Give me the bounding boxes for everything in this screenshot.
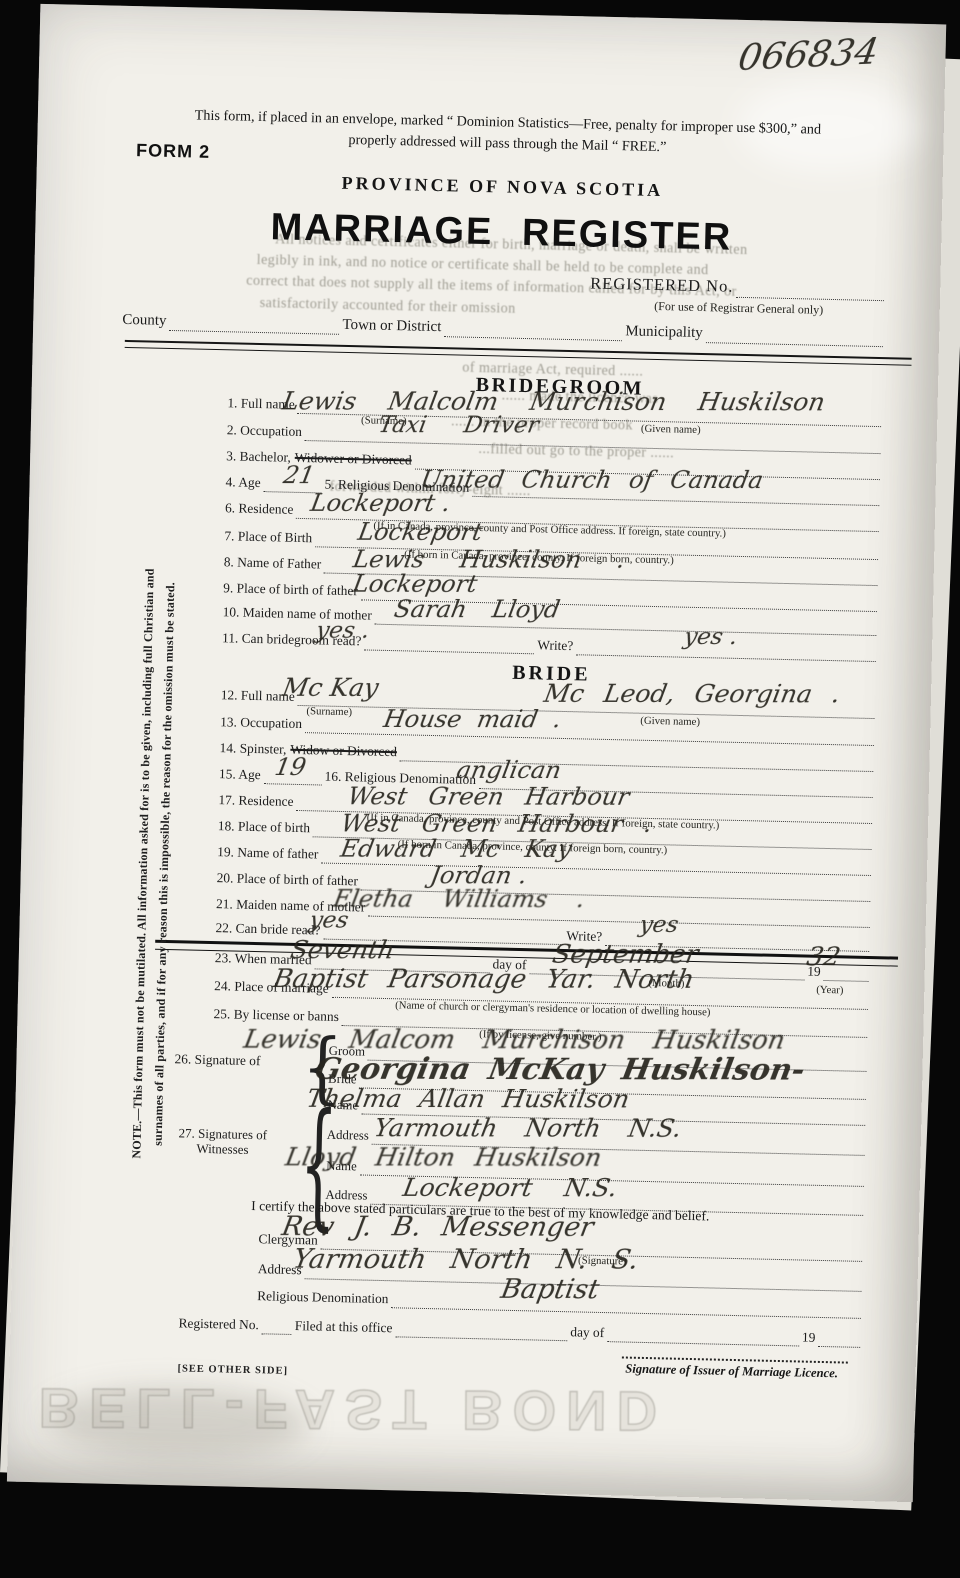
handwritten-bride-father: Edward Mc Kay xyxy=(338,834,573,862)
field-label-residence: 17. Residence xyxy=(218,792,293,811)
handwritten-bride-age: 19 xyxy=(273,753,309,781)
registration-number: 066834 xyxy=(735,32,881,79)
handwritten-place-of-marriage: Baptist Parsonage Yar. North xyxy=(271,964,697,995)
handwritten-bride-writes: yes xyxy=(637,912,680,938)
dotted-line xyxy=(736,285,884,301)
field-label-residence: 6. Residence xyxy=(225,500,294,519)
clergyman-address: Yarmouth North N. S. xyxy=(291,1244,641,1276)
witness-label-line1: 27. Signatures of xyxy=(163,1125,283,1143)
field-label-father: 19. Name of father xyxy=(217,844,319,863)
town-district-label: Town or District xyxy=(342,317,441,337)
paper-sheet: All notices and certificates either for … xyxy=(7,4,946,1502)
year-printed: 19 xyxy=(802,1330,816,1347)
field-label-witness-signatures: 27. Signatures of Witnesses xyxy=(162,1125,283,1158)
field-label-birthplace: 7. Place of Birth xyxy=(224,528,312,547)
religious-denomination-label: Religious Denomination xyxy=(257,1288,389,1308)
witness-label-line2: Witnesses xyxy=(162,1140,282,1158)
field-label-father: 8. Name of Father xyxy=(224,554,322,573)
day-of-label: day of xyxy=(570,1324,604,1342)
field-label-age: 4. Age xyxy=(225,474,260,492)
field-label-occupation: 13. Occupation xyxy=(220,714,302,733)
handwritten-bride-birthplace: West Green Harbour . xyxy=(339,809,654,837)
handwritten-groom-religion: United Church of Canada xyxy=(419,465,766,494)
witness1-address: Yarmouth North N.S. xyxy=(372,1113,684,1142)
bleedthrough-line: satisfactorily accounted for their omiss… xyxy=(260,295,516,318)
registered-no-footer-label: Registered No. xyxy=(178,1315,259,1334)
bride-signature: Georgina McKay Huskilson- xyxy=(312,1052,807,1088)
handwritten-groom-mother: Sarah Lloyd xyxy=(392,595,562,623)
dotted-line xyxy=(706,330,884,347)
field-label-age: 15. Age xyxy=(219,766,261,784)
handwritten-marriage-year: 32 xyxy=(804,942,843,972)
dotted-line xyxy=(607,1329,799,1346)
clergyman-signature: Rev J. B. Messenger xyxy=(279,1211,596,1242)
handwritten-bride-reads: yes xyxy=(307,908,350,934)
registered-no-caption: (For use of Registrar General only) xyxy=(594,298,884,320)
registered-no-label: REGISTERED No. xyxy=(590,273,734,297)
handwritten-groom-reads: yes . xyxy=(314,618,372,644)
handwritten-groom-residence: Lockeport . xyxy=(308,489,452,517)
handwritten-bride-surname: Mc Kay xyxy=(280,673,381,702)
province-heading: PROVINCE OF NOVA SCOTIA xyxy=(152,169,852,206)
handwritten-bride-given-name: Mc Leod, Georgina . xyxy=(542,679,843,708)
dotted-line xyxy=(262,1321,292,1335)
margin-note: NOTE.—This form must not be mutilated. A… xyxy=(126,534,183,1193)
handwritten-bride-mother: Eletha Williams . xyxy=(331,884,587,912)
dotted-line xyxy=(169,318,339,335)
handwritten-bride-religion: anglican xyxy=(455,756,564,784)
filed-at-office-label: Filed at this office xyxy=(295,1318,393,1337)
witness2-address: Lockeport N.S. xyxy=(401,1173,620,1202)
dotted-line xyxy=(395,1324,567,1341)
field-label-occupation: 2. Occupation xyxy=(227,422,302,441)
dotted-line xyxy=(391,1295,861,1319)
dotted-line xyxy=(364,637,534,654)
scanned-marriage-register: All notices and certificates either for … xyxy=(0,0,960,1578)
county-label: County xyxy=(122,312,167,331)
dotted-line xyxy=(444,324,622,341)
form-number-label: FORM 2 xyxy=(136,140,210,163)
handwritten-groom-writes: yes . xyxy=(682,624,740,650)
field-label-father-birthplace: 9. Place of birth of father xyxy=(223,580,358,600)
witness2-name: Lloyd Hilton Huskilson xyxy=(283,1142,604,1171)
paper-watermark: BELL-FAST BOND xyxy=(38,1376,667,1444)
handwritten-groom-father-birthplace: Lockeport xyxy=(351,570,480,598)
write-label: Write? xyxy=(537,637,573,655)
field-label-bachelor: 3. Bachelor, xyxy=(226,448,291,466)
handwritten-groom-age: 21 xyxy=(281,461,317,489)
municipality-label: Municipality xyxy=(625,323,703,343)
handwritten-groom-birthplace: Lockeport xyxy=(356,518,485,546)
handwritten-groom-occupation: Taxi Driver xyxy=(376,412,541,438)
handwritten-bride-residence: West Green Harbour xyxy=(346,782,632,810)
see-other-side-label: [SEE OTHER SIDE] xyxy=(177,1363,288,1377)
handwritten-groom-full-name: Lewis Malcolm Murchison Huskilson xyxy=(280,386,827,416)
witness1-name: Thelma Allan Huskilson xyxy=(305,1084,632,1113)
dotted-line xyxy=(818,1334,860,1348)
handwritten-marriage-day: Seventh xyxy=(288,935,397,964)
field-label-birthplace: 18. Place of birth xyxy=(218,818,311,837)
clergyman-denomination: Baptist xyxy=(498,1274,601,1305)
handwritten-bride-occupation: House maid . xyxy=(382,705,564,733)
